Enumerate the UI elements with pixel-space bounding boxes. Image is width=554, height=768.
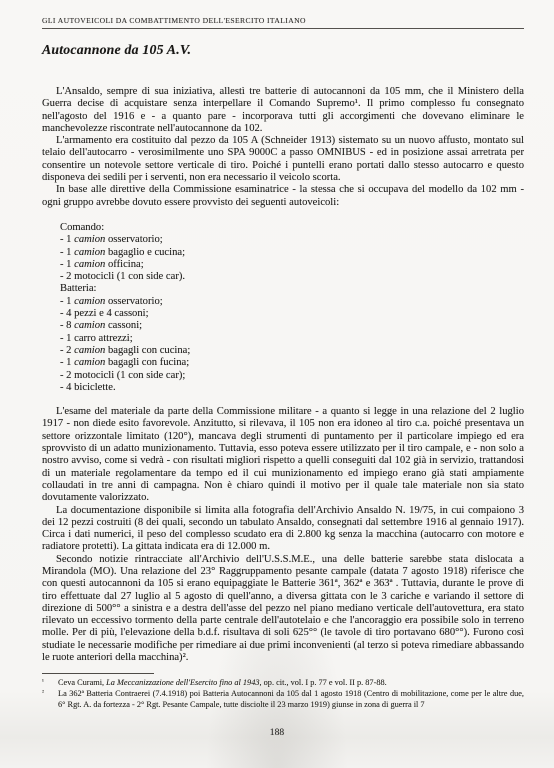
list-section-heading-comando: Comando:: [60, 222, 524, 234]
paragraph-1: L'Ansaldo, sempre di sua iniziativa, all…: [42, 86, 524, 135]
list-section-batteria: - 1 camion osservatorio;- 4 pezzi e 4 ca…: [60, 296, 524, 394]
footnotes: ¹ Ceva Curami, La Meccanizzazione dell'E…: [42, 673, 524, 710]
footnote-2: ² La 362ª Batteria Contraerei (7.4.1918)…: [42, 689, 524, 710]
list-item: - 2 motocicli (1 con side car);: [60, 370, 524, 382]
list-item: - 1 camion osservatorio;: [60, 234, 524, 246]
list-section-heading-batteria: Batteria:: [60, 283, 524, 295]
list-item: - 1 camion bagagli con fucina;: [60, 357, 524, 369]
header-rule: [42, 28, 524, 29]
list-item: - 2 camion bagagli con cucina;: [60, 345, 524, 357]
equipment-list: Comando: - 1 camion osservatorio;- 1 cam…: [60, 222, 524, 394]
footnote-1-text: Ceva Curami, La Meccanizzazione dell'Ese…: [58, 678, 524, 689]
list-item: - 8 camion cassoni;: [60, 320, 524, 332]
paragraph-3: In base alle direttive della Commissione…: [42, 184, 524, 209]
list-item: - 1 camion osservatorio;: [60, 296, 524, 308]
page-content: GLI AUTOVEICOLI DA COMBATTIMENTO DELL'ES…: [42, 16, 524, 710]
list-item: - 1 camion officina;: [60, 259, 524, 271]
list-item: - 1 camion bagaglio e cucina;: [60, 247, 524, 259]
footnote-rule: [42, 673, 154, 674]
list-item: - 4 pezzi e 4 cassoni;: [60, 308, 524, 320]
footnote-1-marker: ¹: [42, 677, 58, 688]
list-item: - 2 motocicli (1 con side car).: [60, 271, 524, 283]
running-header: GLI AUTOVEICOLI DA COMBATTIMENTO DELL'ES…: [42, 16, 524, 25]
list-section-comando: - 1 camion osservatorio;- 1 camion bagag…: [60, 234, 524, 283]
list-item: - 1 carro attrezzi;: [60, 333, 524, 345]
paragraph-5: La documentazione disponibile si limita …: [42, 505, 524, 554]
scanned-page: GLI AUTOVEICOLI DA COMBATTIMENTO DELL'ES…: [0, 0, 554, 768]
footnote-2-marker: ²: [42, 688, 58, 699]
paragraph-6: Secondo notizie rintracciate all'Archivi…: [42, 554, 524, 665]
page-number: 188: [0, 727, 554, 738]
article-title: Autocannone da 105 A.V.: [42, 42, 524, 58]
footnote-1: ¹ Ceva Curami, La Meccanizzazione dell'E…: [42, 678, 524, 689]
paragraph-4: L'esame del materiale da parte della Com…: [42, 406, 524, 504]
article-body: L'Ansaldo, sempre di sua iniziativa, all…: [42, 86, 524, 664]
paragraph-2: L'armamento era costituito dal pezzo da …: [42, 135, 524, 184]
list-item: - 4 biciclette.: [60, 382, 524, 394]
footnote-2-text: La 362ª Batteria Contraerei (7.4.1918) p…: [58, 689, 524, 710]
